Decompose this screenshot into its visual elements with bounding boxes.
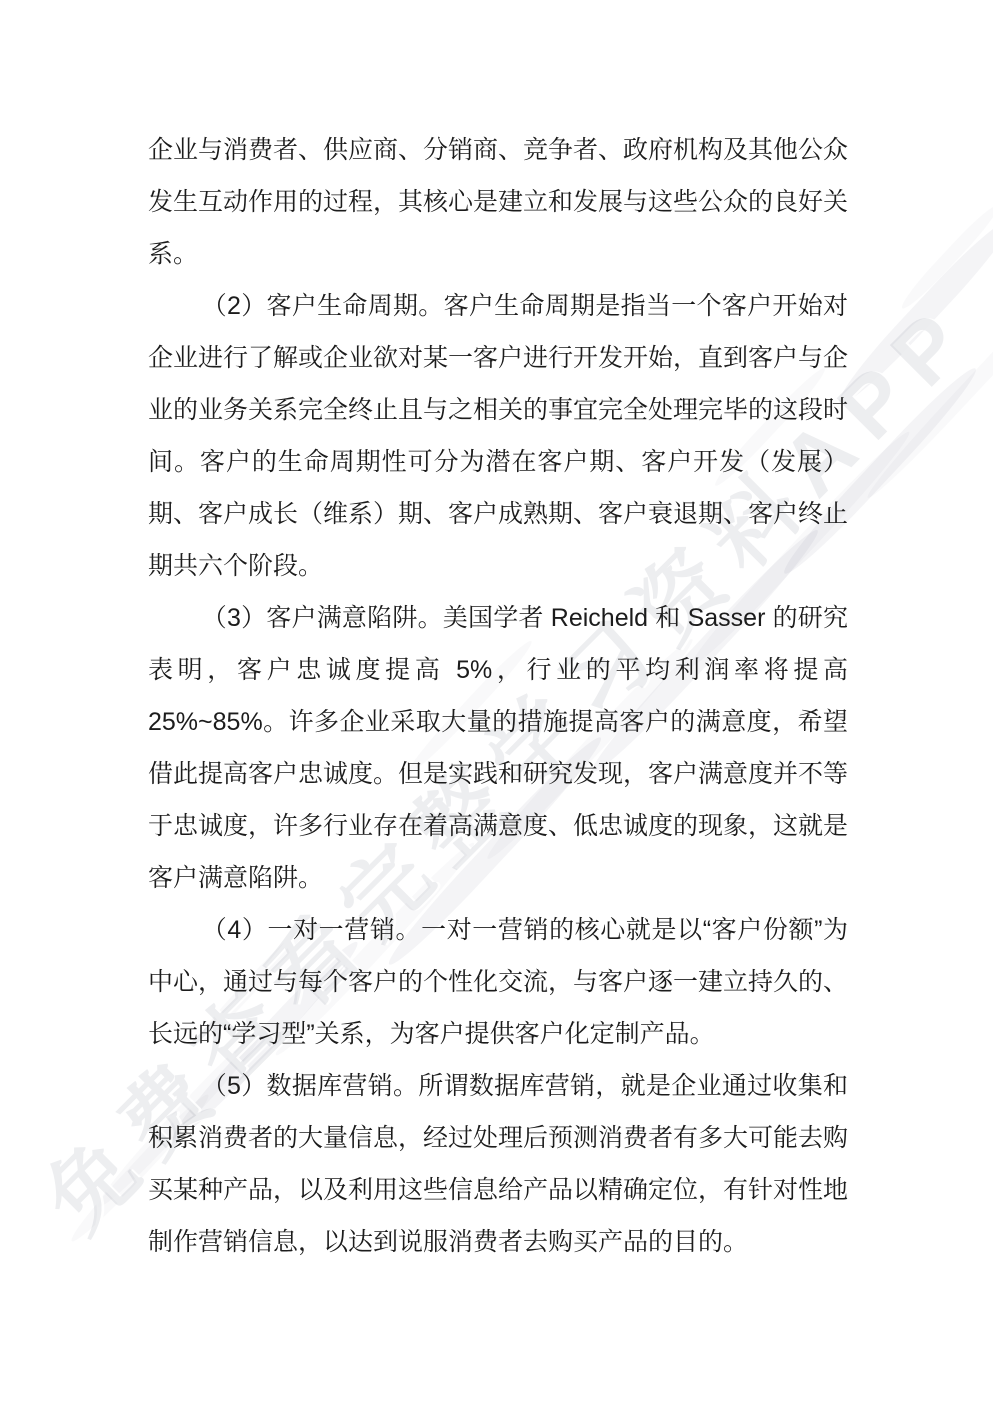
watermark-brush-stroke: [831, 212, 993, 411]
watermark-brush-stroke: [862, 273, 993, 503]
paragraph-item-2-customer-lifecycle: （2）客户生命周期。客户生命周期是指当一个客户开始对企业进行了解或企业欲对某一客…: [148, 280, 848, 592]
document-page: 免费查看完整学习资料APP 企业与消费者、供应商、分销商、竞争者、政府机构及其他…: [0, 0, 993, 1404]
paragraph-item-3-satisfaction-trap: （3）客户满意陷阱。美国学者 Reicheld 和 Sasser 的研究表明，客…: [148, 592, 848, 904]
document-text-column: 企业与消费者、供应商、分销商、竞争者、政府机构及其他公众发生互动作用的过程，其核…: [148, 124, 848, 1268]
watermark-brush-stroke: [897, 201, 993, 313]
paragraph-item-4-one-to-one-marketing: （4）一对一营销。一对一营销的核心就是以“客户份额”为中心，通过与每个客户的个性…: [148, 904, 848, 1060]
paragraph-continuation: 企业与消费者、供应商、分销商、竞争者、政府机构及其他公众发生互动作用的过程，其核…: [148, 124, 848, 280]
paragraph-item-5-database-marketing: （5）数据库营销。所谓数据库营销，就是企业通过收集和积累消费者的大量信息，经过处…: [148, 1060, 848, 1268]
